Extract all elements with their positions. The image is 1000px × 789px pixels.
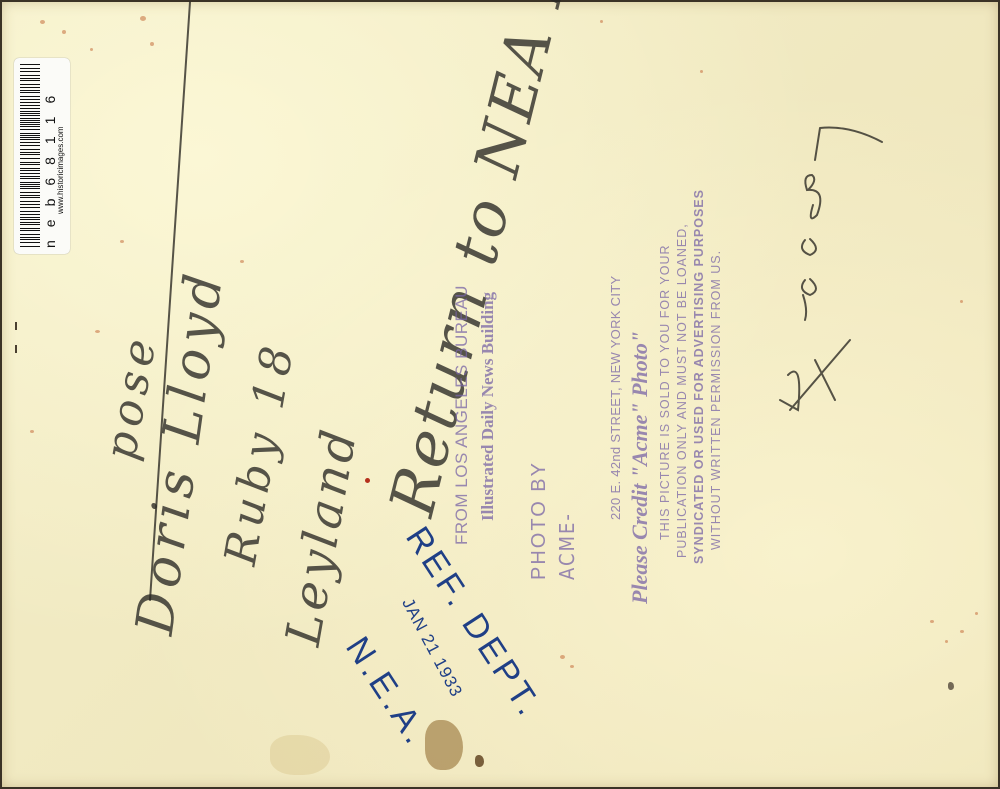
stamp-notice-line: WITHOUT WRITTEN PERMISSION FROM US. [708,189,725,550]
stamp-line: Illustrated Daily News Building [478,285,498,521]
photo-by-stamp: PHOTO BY ACME- [528,461,579,580]
la-bureau-stamp: FROM LOS ANGELES BUREAU Illustrated Dail… [452,285,498,545]
stamp-notice-line: SYNDICATED OR USED FOR ADVERTISING PURPO… [691,189,708,564]
stamp-line: ACME- [555,461,579,580]
photo-back-paper: neb68116 www.historicimages.com Doris Ll… [0,0,1000,789]
stamp-address: 220 E. 42nd STREET, NEW YORK CITY [608,189,623,520]
stamp-notice-line: PUBLICATION ONLY AND MUST NOT BE LOANED, [674,189,691,558]
stamp-credit: Please Credit "Acme" Photo" [627,189,653,604]
stamp-notice-line: THIS PICTURE IS SOLD TO YOU FOR YOUR [657,189,674,540]
acme-credit-stamp: 220 E. 42nd STREET, NEW YORK CITY Please… [608,189,725,520]
stamp-line: PHOTO BY [528,461,551,580]
stamp-line: FROM LOS ANGELES BUREAU [452,285,472,545]
